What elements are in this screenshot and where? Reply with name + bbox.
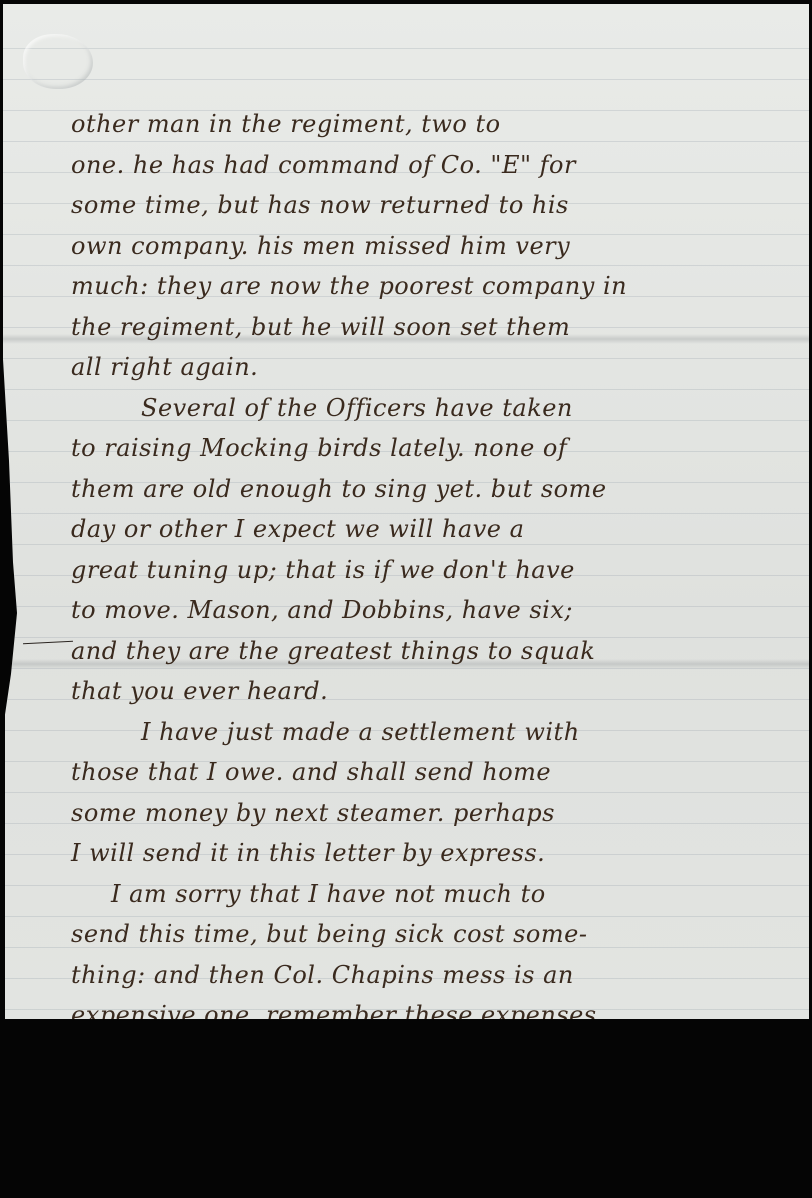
letter-line: great tuning up; that is if we don't hav…: [71, 550, 791, 591]
letter-line: those that I owe. and shall send home: [71, 752, 791, 793]
embossed-seal-icon: [23, 34, 93, 89]
letter-line: the regiment, but he will soon set them: [71, 307, 791, 348]
letter-line: thing: and then Col. Chapins mess is an: [71, 955, 791, 996]
letter-line: I will send it in this letter by express…: [71, 833, 791, 874]
letter-line: other man in the regiment, two to: [71, 104, 791, 145]
tear-line: [23, 641, 73, 645]
letter-line: all right again.: [71, 347, 791, 388]
letter-page: other man in the regiment, two to one. h…: [3, 4, 809, 1019]
letter-line: own company. his men missed him very: [71, 226, 791, 267]
letter-body: other man in the regiment, two to one. h…: [71, 104, 791, 1023]
letter-line: that you ever heard.: [71, 671, 791, 712]
letter-line: and they are the greatest things to squa…: [71, 631, 791, 672]
letter-line: to raising Mocking birds lately. none of: [71, 428, 791, 469]
letter-line: day or other I expect we will have a: [71, 509, 791, 550]
paragraph-start-line: I am sorry that I have not much to: [71, 874, 791, 915]
letter-line: expensive one. remember these expenses: [71, 995, 791, 1023]
letter-line: them are old enough to sing yet. but som…: [71, 469, 791, 510]
letter-line: send this time, but being sick cost some…: [71, 914, 791, 955]
letter-line: to move. Mason, and Dobbins, have six;: [71, 590, 791, 631]
letter-line: much: they are now the poorest company i…: [71, 266, 791, 307]
letter-line: some money by next steamer. perhaps: [71, 793, 791, 834]
paragraph-start-line: Several of the Officers have taken: [71, 388, 791, 429]
paragraph-start-line: I have just made a settlement with: [71, 712, 791, 753]
letter-line: one. he has had command of Co. "E" for: [71, 145, 791, 186]
letter-line: some time, but has now returned to his: [71, 185, 791, 226]
